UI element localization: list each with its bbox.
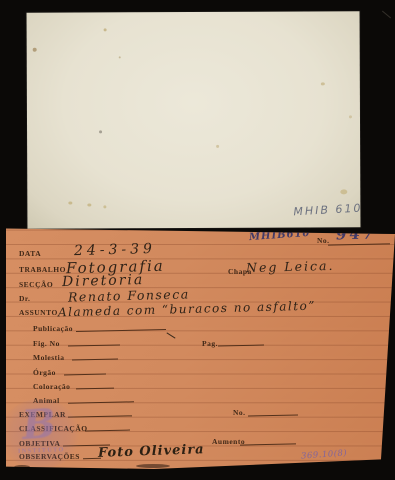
field-value-chapa: Neg Leica. — [246, 258, 335, 275]
field-label-seccao: SECÇÃO — [19, 280, 53, 289]
field-label-coloracao: Coloração — [33, 382, 70, 391]
photo-verso-card: MHIB 610 — [27, 11, 361, 228]
field-label-orgao: Órgão — [33, 368, 56, 377]
foxing-spot — [119, 56, 121, 58]
foxing-spot — [68, 202, 72, 205]
field-label-fig-no: Fig. No — [33, 339, 60, 348]
field-label-dr: Dr. — [19, 294, 30, 303]
edge-smudge — [14, 465, 30, 469]
scanned-document-background: MHIB 610 MHIB610 No. 947 DATA 24-3-39 TR… — [0, 0, 395, 480]
field-label-assunto: ASSUNTO — [19, 308, 58, 317]
foxing-spot — [216, 145, 219, 148]
field-label-no-mid: No. — [233, 408, 246, 417]
field-label-animal: Animal — [33, 396, 60, 405]
field-label-trabalho: TRABALHO — [19, 265, 66, 274]
field-label-data: DATA — [19, 249, 41, 258]
foxing-spot — [99, 130, 102, 133]
field-label-molestia: Molestia — [33, 353, 65, 362]
field-label-classificacao: CLASSIFICAÇÃO — [19, 424, 88, 433]
foxing-spot — [87, 203, 91, 206]
catalog-form-card: MHIB610 No. 947 DATA 24-3-39 TRABALHO Fo… — [6, 227, 395, 469]
scratch-mark — [382, 11, 391, 19]
foxing-spot — [349, 115, 352, 118]
foxing-spot — [104, 28, 107, 31]
photo-inventory-number: MHIB 610 — [293, 201, 363, 218]
field-label-objetiva: OBJETIVA — [19, 439, 60, 448]
field-label-exemplar: EXEMPLAR — [19, 410, 66, 419]
foxing-spot — [103, 205, 106, 208]
field-label-observacoes: OBSERVAÇÕES — [19, 452, 80, 461]
field-label-publicacao: Publicação — [33, 324, 73, 333]
foxing-spot — [340, 189, 347, 194]
field-label-pag: Pag. — [202, 339, 218, 348]
foxing-spot — [33, 48, 37, 52]
edge-smudge — [136, 464, 170, 468]
foxing-spot — [321, 82, 325, 85]
